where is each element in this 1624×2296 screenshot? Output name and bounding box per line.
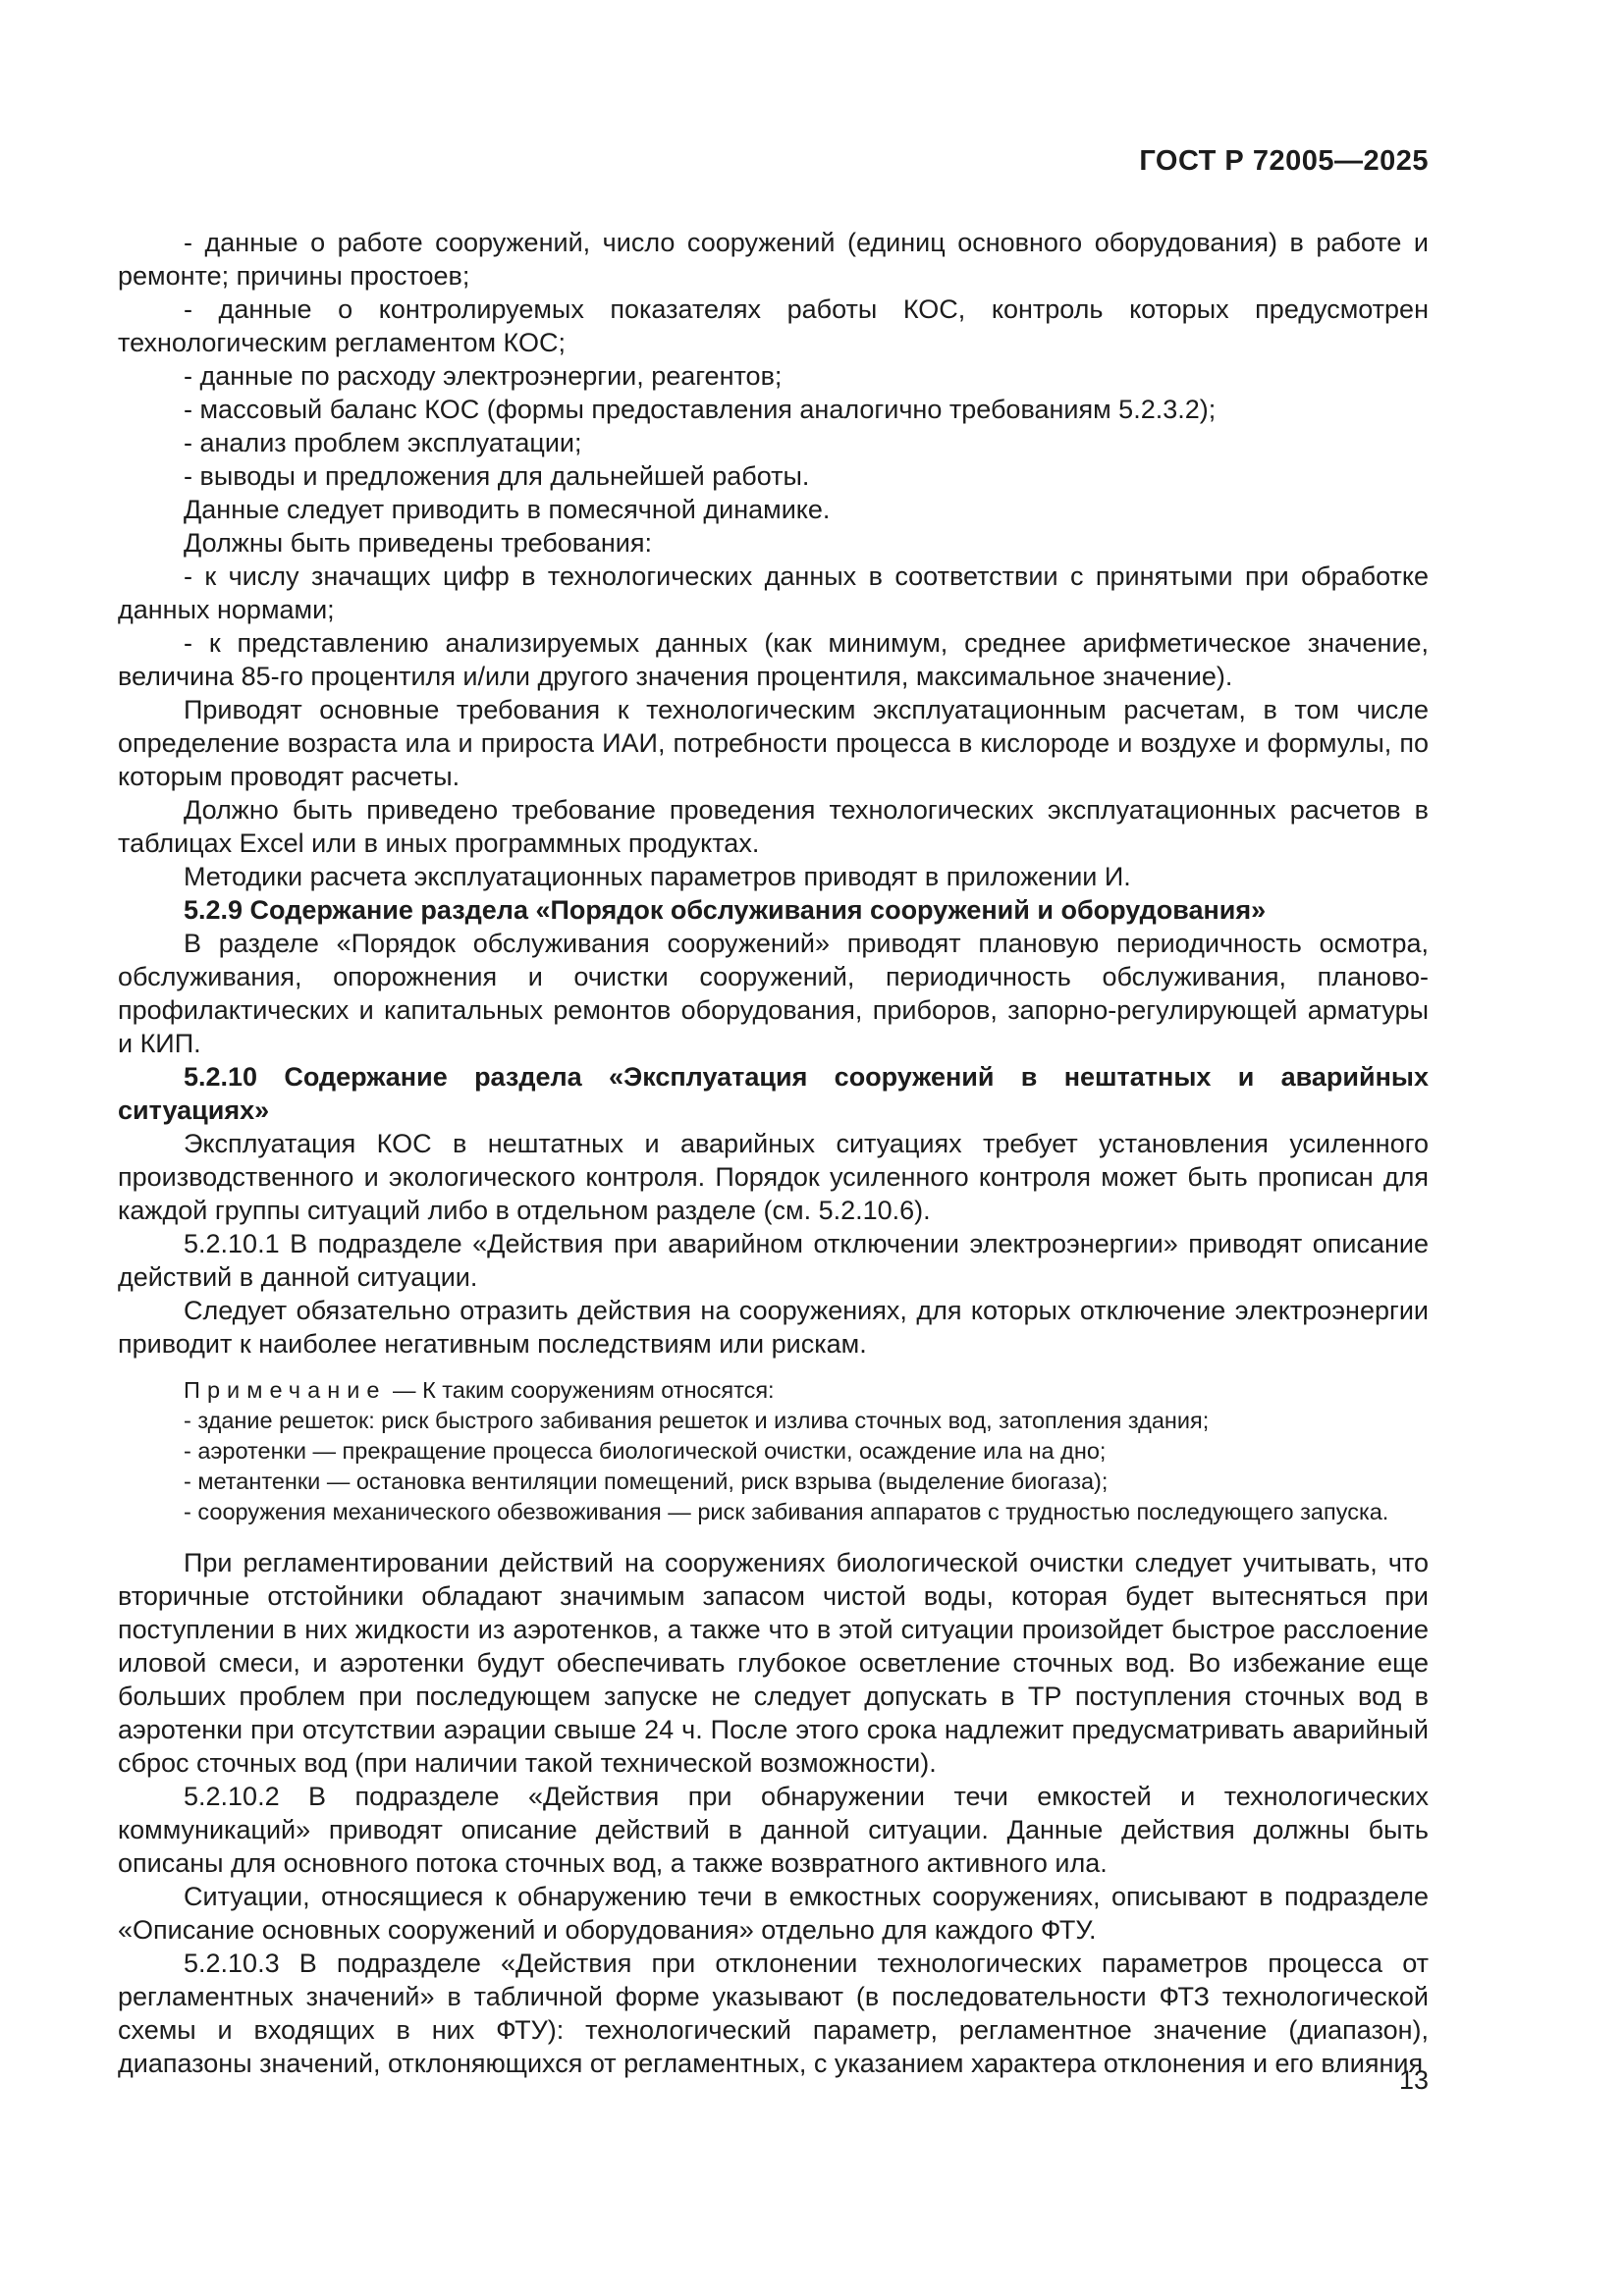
paragraph: 5.2.10.3 В подразделе «Действия при откл… <box>118 1947 1429 2080</box>
paragraph: 5.2.10.1 В подразделе «Действия при авар… <box>118 1227 1429 1294</box>
paragraph: - данные по расходу электроэнергии, реаг… <box>118 359 1429 393</box>
paragraph: В разделе «Порядок обслуживания сооружен… <box>118 927 1429 1060</box>
document-content: - данные о работе сооружений, число соор… <box>118 226 1429 2080</box>
page-number: 13 <box>118 2065 1429 2096</box>
paragraph: Должны быть приведены требования: <box>118 526 1429 560</box>
paragraph: Данные следует приводить в помесячной ди… <box>118 493 1429 526</box>
paragraph: - выводы и предложения для дальнейшей ра… <box>118 459 1429 493</box>
paragraph: - данные о работе сооружений, число соор… <box>118 226 1429 293</box>
paragraph: Эксплуатация КОС в нештатных и аварийных… <box>118 1127 1429 1227</box>
paragraph: Приводят основные требования к технологи… <box>118 693 1429 793</box>
note-label: Примечание <box>184 1377 387 1403</box>
paragraph: Методики расчета эксплуатационных параме… <box>118 860 1429 893</box>
document-number: ГОСТ Р 72005—2025 <box>118 145 1429 178</box>
paragraph: - массовый баланс КОС (формы предоставле… <box>118 393 1429 426</box>
paragraph: - к представлению анализируемых данных (… <box>118 626 1429 693</box>
note-paragraph: - метантенки — остановка вентиляции поме… <box>118 1467 1429 1497</box>
section-heading: 5.2.10 Содержание раздела «Эксплуатация … <box>118 1060 1429 1127</box>
note-paragraph: - сооружения механического обезвоживания… <box>118 1497 1429 1527</box>
paragraph: Следует обязательно отразить действия на… <box>118 1294 1429 1361</box>
paragraph: - к числу значащих цифр в технологически… <box>118 560 1429 626</box>
paragraph: - данные о контролируемых показателях ра… <box>118 293 1429 359</box>
note-paragraph: - аэротенки — прекращение процесса биоло… <box>118 1436 1429 1467</box>
paragraph: - анализ проблем эксплуатации; <box>118 426 1429 459</box>
section-heading: 5.2.9 Содержание раздела «Порядок обслуж… <box>118 893 1429 927</box>
note-paragraph: - здание решеток: риск быстрого забивани… <box>118 1406 1429 1436</box>
paragraph: Должно быть приведено требование проведе… <box>118 793 1429 860</box>
paragraph: При регламентировании действий на сооруж… <box>118 1546 1429 1780</box>
document-page: ГОСТ Р 72005—2025 - данные о работе соор… <box>0 0 1624 2296</box>
note-paragraph: Примечание — К таким сооружениям относят… <box>118 1375 1429 1406</box>
paragraph: 5.2.10.2 В подразделе «Действия при обна… <box>118 1780 1429 1880</box>
paragraph: Ситуации, относящиеся к обнаружению течи… <box>118 1880 1429 1947</box>
